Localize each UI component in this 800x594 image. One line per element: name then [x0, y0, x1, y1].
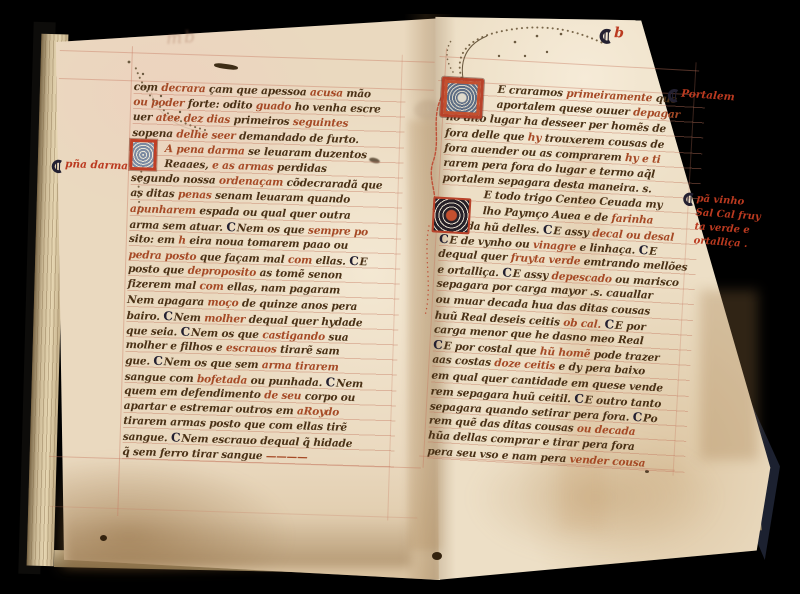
- capitulum-icon: C: [638, 243, 648, 258]
- manuscript-photo: mb com decrara çam que apesso: [0, 0, 800, 594]
- capitulum-icon: C: [543, 222, 553, 237]
- capitulum-icon: C: [171, 431, 181, 445]
- decorated-initial-left: [129, 139, 157, 171]
- text-lines-right: E craramos primeiramente queaportalem qu…: [427, 80, 706, 473]
- capitulum-icon: C: [180, 325, 190, 339]
- capitulum-icon: C: [439, 232, 449, 247]
- capitulum-icon: C: [153, 354, 163, 368]
- capitulum-icon: C: [163, 309, 173, 323]
- text-column-right: E craramos primeiramente queaportalem qu…: [427, 80, 706, 473]
- margin-note-pena-darma: pña darma: [50, 159, 129, 177]
- capitulum-icon: C: [632, 410, 642, 425]
- capitulum-icon: [50, 159, 64, 174]
- decorated-initial-right-2: [431, 196, 471, 234]
- margin-note-lines: pã vinhoSal Cal fruyta verde eortalliça …: [693, 192, 762, 252]
- signature-letter: b: [614, 28, 624, 40]
- capitulum-icon: [681, 191, 695, 207]
- capitulum-icon: C: [502, 266, 512, 281]
- ink-speck: [432, 552, 442, 560]
- show-through-text: mb: [165, 27, 197, 49]
- capitulum-icon: C: [574, 391, 584, 406]
- text-lines-left: com decrara çam que apessoa acusa mãoou …: [122, 80, 406, 468]
- capitulum-icon: C: [433, 338, 443, 353]
- margin-note-label: Portalem: [681, 89, 735, 104]
- ink-speck: [100, 535, 107, 541]
- margin-note-label: pña darma: [65, 159, 128, 173]
- decorated-initial-right-1: [440, 77, 484, 119]
- capitulum-icon: [666, 88, 680, 104]
- text-column-left: com decrara çam que apessoa acusa mãoou …: [122, 80, 406, 468]
- capitulum-icon: C: [604, 317, 614, 332]
- capitulum-icon: [598, 28, 613, 45]
- capitulum-icon: C: [349, 254, 359, 268]
- capitulum-icon: C: [325, 375, 335, 389]
- quire-signature-mark: b: [598, 28, 624, 46]
- margin-note-goods: pã vinhoSal Cal fruyta verde eortalliça …: [678, 191, 762, 252]
- capitulum-icon: C: [226, 220, 236, 234]
